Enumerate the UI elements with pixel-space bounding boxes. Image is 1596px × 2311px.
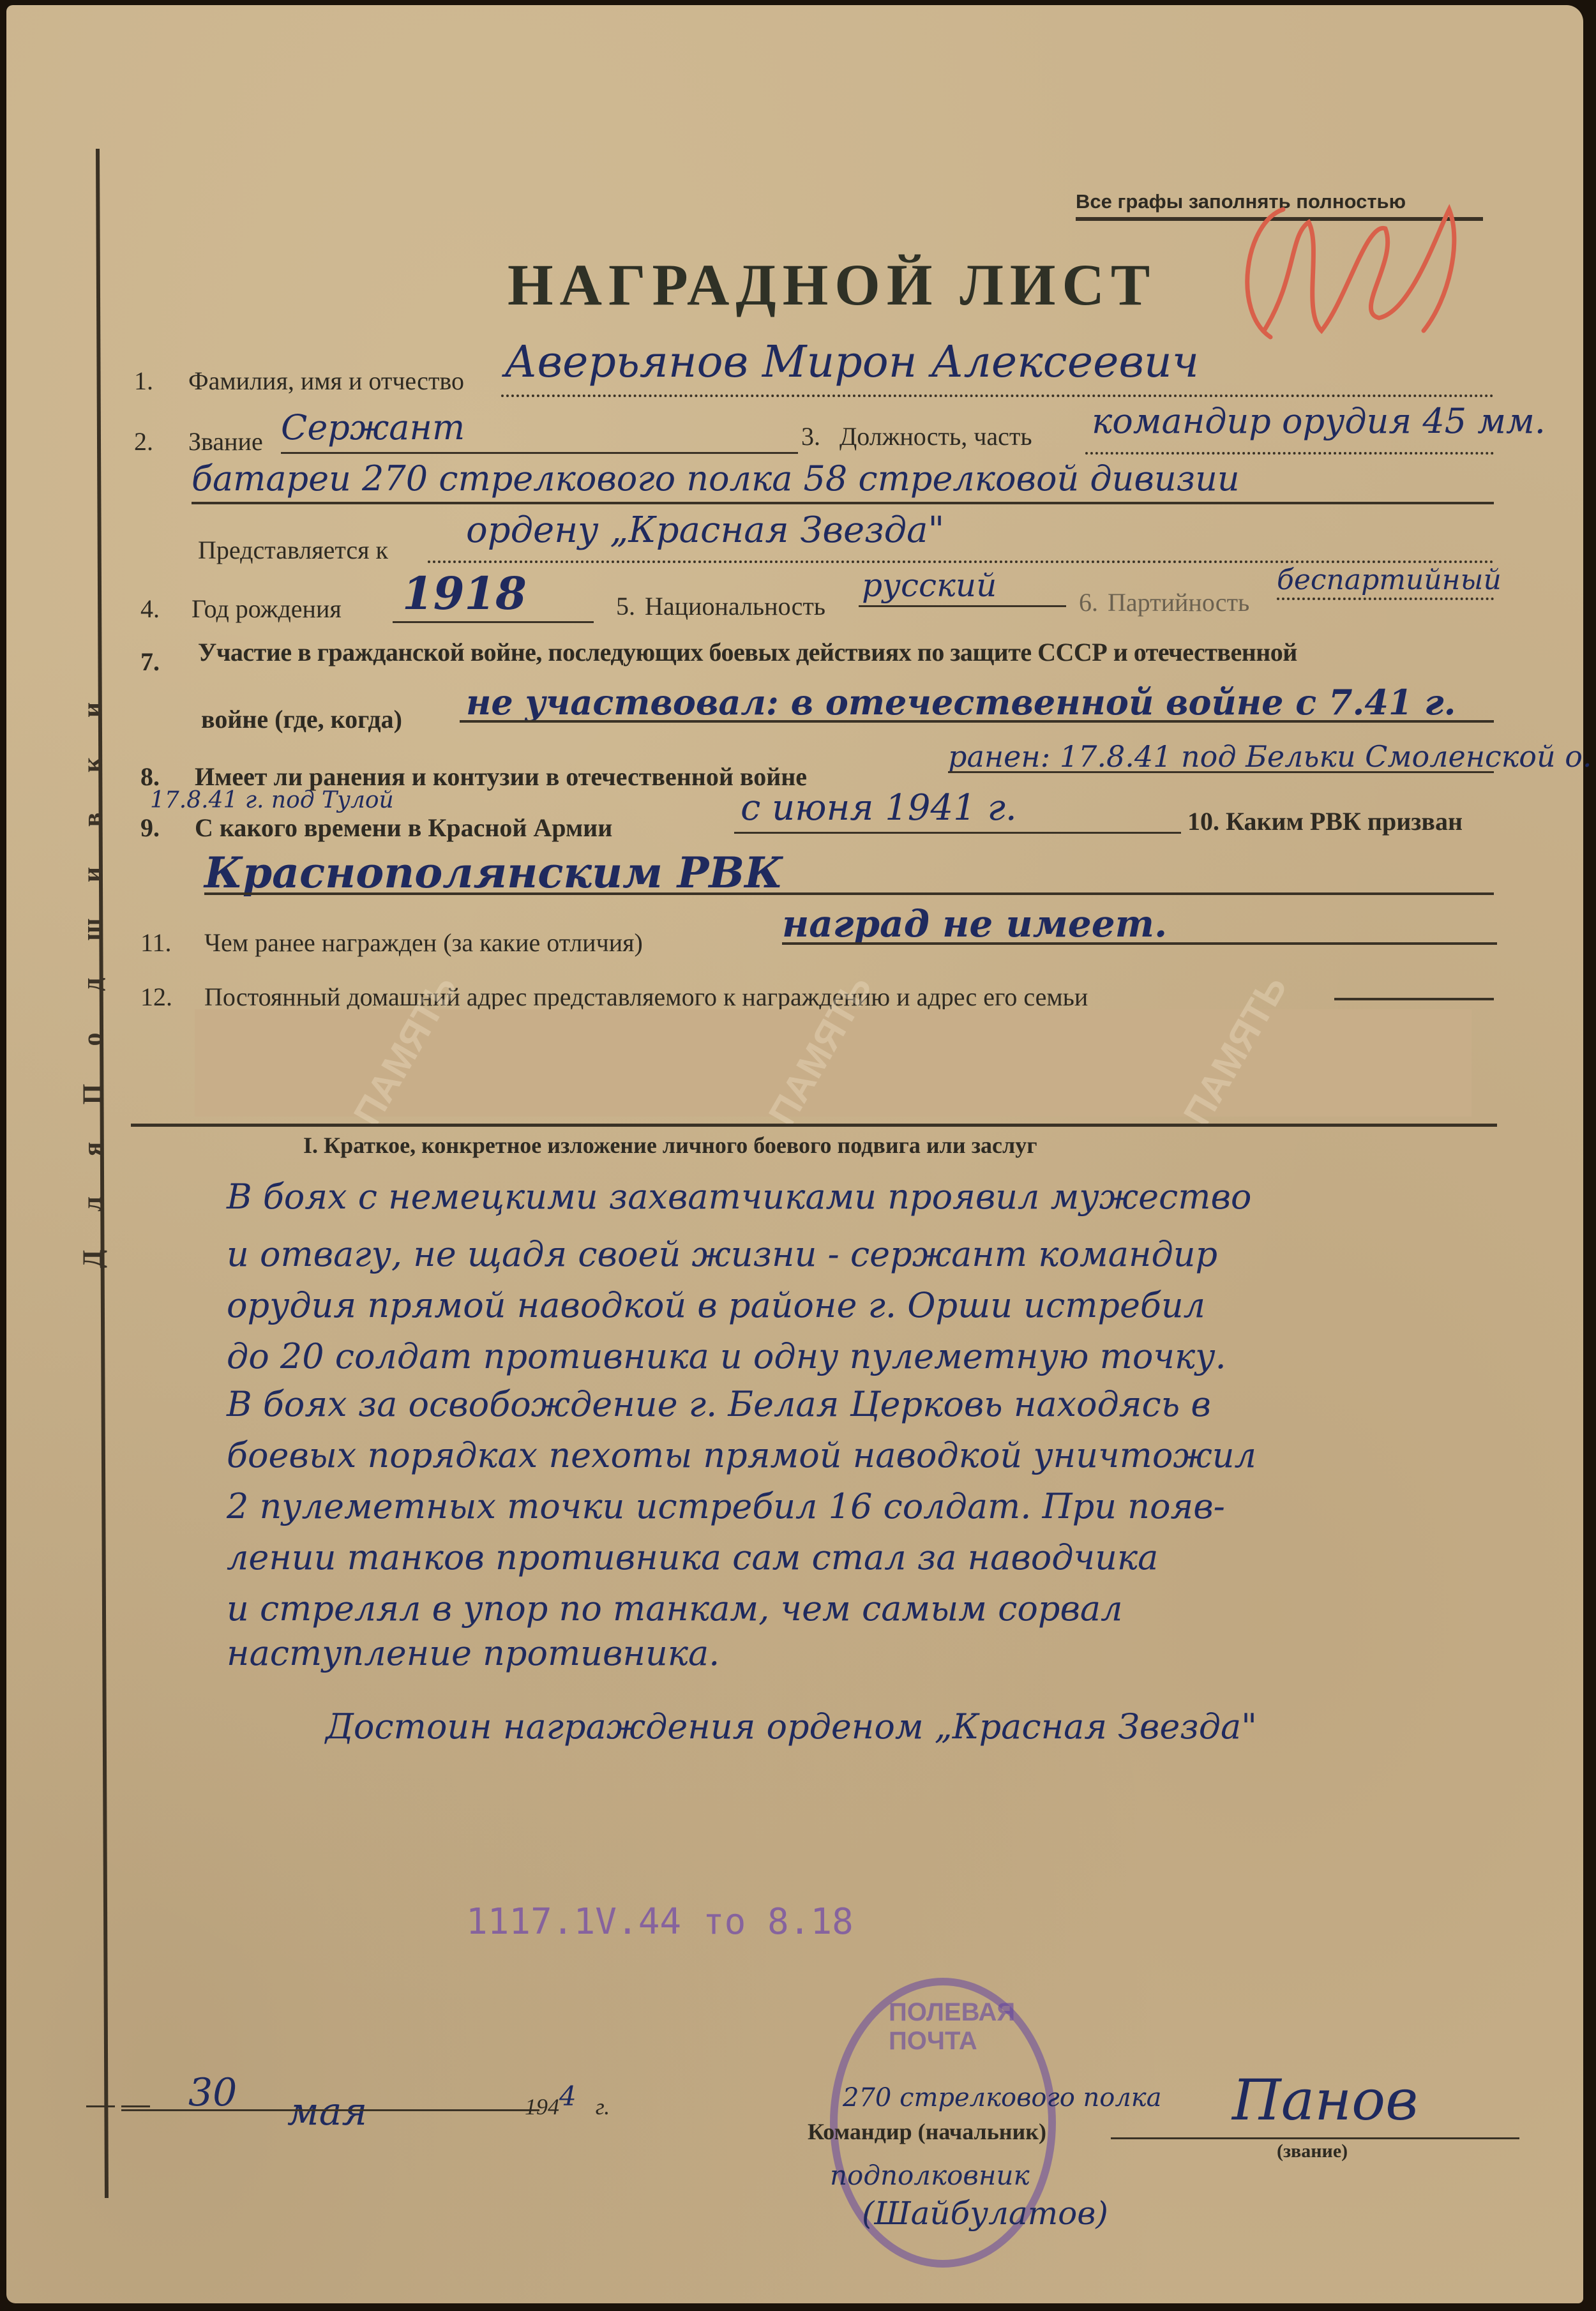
narrative-line: наступление противника.	[227, 1633, 719, 1673]
field-5-line	[859, 605, 1066, 607]
field-5-number: 5.	[616, 591, 635, 621]
date-month-line	[121, 2109, 539, 2111]
field-7-number: 7.	[140, 647, 160, 677]
commander-unit: 270 стрелкового полка	[843, 2083, 1162, 2112]
field-4-value: 1918	[402, 567, 527, 620]
binding-letter: ш	[77, 918, 108, 940]
binding-letter: д	[77, 977, 108, 991]
binding-letter: о	[77, 1033, 108, 1046]
field-9-label: С какого времени в Красной Армии	[195, 813, 612, 843]
field-3-line-continued	[192, 502, 1494, 504]
field-9-value: с июня 1941 г.	[741, 787, 1017, 829]
address-bottom-line	[131, 1124, 1497, 1127]
field-2-value: Сержант	[281, 407, 465, 448]
binding-label: Д л я П о д ш и в к и	[73, 695, 112, 1274]
date-year-suffix: 4	[559, 2081, 576, 2112]
narrative-line: лении танков противника сам стал за наво…	[227, 1537, 1158, 1577]
field-2-number: 2.	[134, 426, 153, 456]
field-1-value: Аверьянов Мирон Алексеевич	[504, 337, 1199, 388]
date-year-prefix: 194	[525, 2094, 559, 2119]
date-year-end: г.	[596, 2094, 610, 2119]
field-4-number: 4.	[140, 594, 160, 624]
field-3-label: Должность, часть	[839, 421, 1032, 451]
stamp-text: ПОЛЕВАЯ ПОЧТА	[889, 1998, 1048, 2056]
binding-letter: л	[77, 1196, 108, 1212]
binding-letter: и	[77, 702, 108, 718]
presented-label: Представляется к	[198, 535, 388, 565]
field-7-line	[460, 720, 1494, 723]
field-12-number: 12.	[140, 982, 172, 1012]
field-10-value: Краснополянским РВК	[204, 848, 783, 898]
field-3-value-continued: батареи 270 стрелкового полка 58 стрелко…	[192, 458, 1240, 499]
field-7-label: Участие в гражданской войне, последующих…	[198, 637, 1297, 667]
narrative-heading: I. Краткое, конкретное изложение личного…	[303, 1132, 1037, 1159]
narrative-line: и стрелял в упор по танкам, чем самым со…	[227, 1588, 1122, 1629]
field-11-number: 11.	[140, 928, 172, 958]
page-title: НАГРАДНОЙ ЛИСТ	[508, 251, 1156, 319]
field-10-label: 10. Каким РВК призван	[1187, 806, 1463, 836]
field-1-label: Фамилия, имя и отчество	[188, 366, 464, 396]
field-11-label: Чем ранее награжден (за какие отличия)	[204, 928, 643, 958]
field-9-number: 9.	[140, 813, 160, 843]
registration-note: 1117.1V.44 то 8.18	[466, 1901, 854, 1943]
field-4-line	[393, 621, 594, 623]
date-day: 30	[188, 2070, 237, 2115]
field-5-label: Национальность	[645, 591, 825, 621]
date-day-line-2	[121, 2105, 150, 2107]
field-7-value: не участвовал: в отечественной войне с 7…	[466, 682, 1456, 723]
commander-name: (Шайбулатов)	[862, 2195, 1108, 2232]
field-3-number: 3.	[801, 421, 820, 451]
binding-letter: и	[77, 867, 108, 882]
presented-line	[428, 561, 1494, 563]
field-8-value: ранен: 17.8.41 под Бельки Смоленской о.	[948, 739, 1592, 774]
field-12-line	[1334, 998, 1494, 1000]
rank-caption: (звание)	[1277, 2141, 1348, 2162]
field-6-value: беспартийный	[1277, 564, 1502, 596]
field-2-line	[281, 452, 798, 454]
award-sheet: Д л я П о д ш и в к и Все графы заполнят…	[6, 5, 1583, 2303]
field-10-label-text: Каким РВК призван	[1226, 807, 1463, 836]
field-9-line	[734, 832, 1181, 834]
field-10-number: 10.	[1187, 807, 1219, 836]
field-10-line	[204, 892, 1494, 895]
field-3-line	[1085, 452, 1494, 455]
narrative-line: В боях с немецкими захватчиками проявил …	[227, 1177, 1251, 1217]
field-1-line	[501, 395, 1494, 397]
presented-value: ордену „Красная Звезда"	[466, 509, 944, 551]
date-day-line	[86, 2105, 115, 2107]
narrative-line: и отвагу, не щадя своей жизни - сержант …	[227, 1234, 1217, 1274]
commander-signature: Панов	[1232, 2067, 1418, 2133]
narrative-line: боевых порядках пехоты прямой наводкой у…	[227, 1435, 1256, 1475]
field-3-value: командир орудия 45 мм.	[1092, 401, 1546, 441]
binding-letter: в	[77, 813, 108, 827]
signature-line	[1111, 2137, 1519, 2139]
field-11-value: наград не имеет.	[782, 902, 1167, 945]
binding-letter: П	[77, 1084, 108, 1105]
field-8-line	[948, 771, 1494, 773]
field-4-label: Год рождения	[192, 594, 342, 624]
date-month: мая	[287, 2089, 367, 2134]
narrative-line: В боях за освобождение г. Белая Церковь …	[227, 1384, 1211, 1424]
narrative-conclusion: Достоин награждения орденом „Красная Зве…	[326, 1706, 1257, 1747]
commander-label: Командир (начальник)	[808, 2118, 1046, 2145]
field-1-number: 1.	[134, 366, 153, 396]
field-11-line	[782, 942, 1497, 945]
field-6-label: Партийность	[1108, 587, 1249, 617]
field-2-label: Звание	[188, 426, 263, 456]
red-pencil-resolution-mark	[1194, 184, 1500, 350]
field-5-value: русский	[862, 567, 997, 604]
binding-letter: к	[77, 757, 108, 772]
commander-rank: подполковник	[830, 2160, 1030, 2191]
field-6-line	[1277, 598, 1494, 600]
binding-letter: я	[77, 1142, 108, 1157]
field-7-label-continued: войне (где, когда)	[201, 704, 402, 734]
field-6-number: 6.	[1079, 587, 1098, 617]
narrative-line: 2 пулеметных точки истребил 16 солдат. П…	[227, 1486, 1225, 1526]
field-12-label: Постоянный домашний адрес представляемог…	[204, 982, 1088, 1012]
narrative-line: до 20 солдат противника и одну пулеметну…	[227, 1336, 1226, 1376]
narrative-line: орудия прямой наводкой в районе г. Орши …	[227, 1285, 1205, 1325]
address-redaction-block: ПАМЯТЬ ПАМЯТЬ ПАМЯТЬ	[195, 1009, 1472, 1117]
date-year: 1944г.	[525, 2089, 610, 2121]
binding-letter: Д	[77, 1250, 108, 1268]
field-8-value-continued: 17.8.41 г. под Тулой	[150, 787, 394, 813]
